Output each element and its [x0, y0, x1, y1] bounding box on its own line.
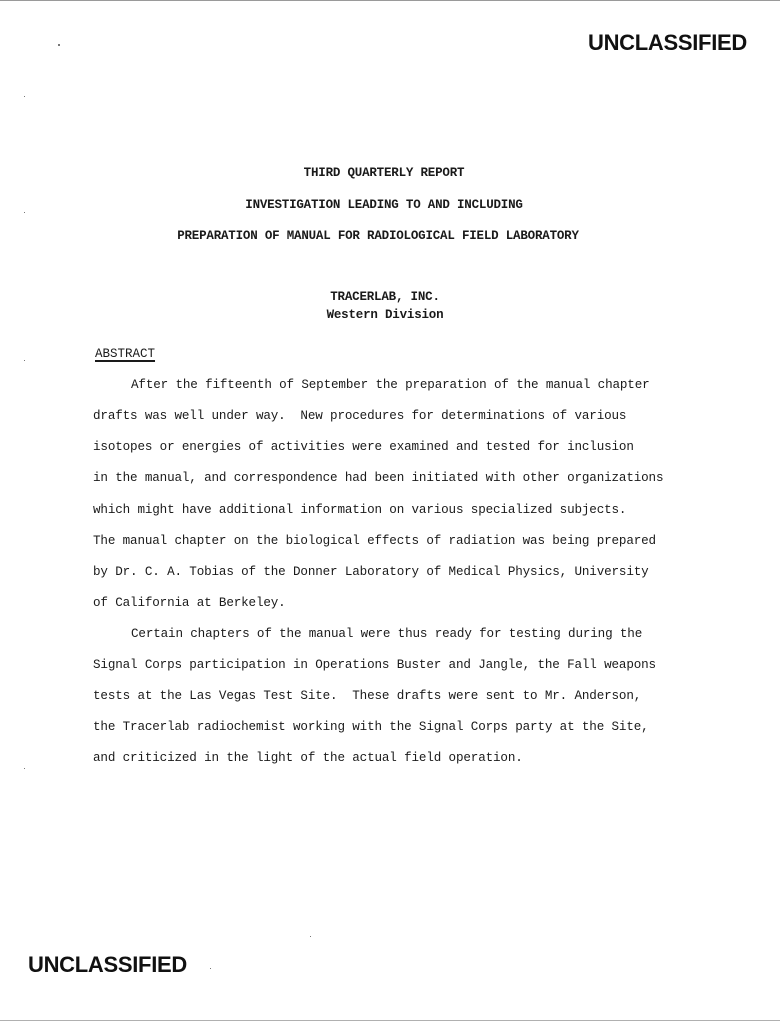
abstract-line: of California at Berkeley.: [93, 596, 286, 610]
scan-speck: [310, 936, 311, 937]
abstract-heading: ABSTRACT: [95, 347, 155, 361]
abstract-line: The manual chapter on the biological eff…: [93, 534, 656, 548]
division-name: Western Division: [0, 308, 775, 322]
classification-stamp-bottom: UNCLASSIFIED: [28, 952, 187, 978]
classification-stamp-top: UNCLASSIFIED: [588, 30, 747, 56]
scan-speck: [24, 96, 25, 97]
scan-speck: [24, 212, 25, 213]
abstract-line: tests at the Las Vegas Test Site. These …: [93, 689, 641, 703]
organization-name: TRACERLAB, INC.: [0, 290, 775, 304]
scan-edge-top: [0, 0, 780, 1]
scan-speck: [210, 968, 211, 969]
abstract-line: After the fifteenth of September the pre…: [131, 378, 650, 392]
abstract-line: the Tracerlab radiochemist working with …: [93, 720, 649, 734]
abstract-line: in the manual, and correspondence had be…: [93, 471, 663, 485]
abstract-line: by Dr. C. A. Tobias of the Donner Labora…: [93, 565, 649, 579]
scan-edge-bottom: [0, 1020, 780, 1021]
scan-speck: [58, 44, 60, 46]
report-subtitle-1: INVESTIGATION LEADING TO AND INCLUDING: [0, 198, 774, 212]
abstract-line: isotopes or energies of activities were …: [93, 440, 634, 454]
organization-name-text: TRACERLAB, INC.: [330, 290, 440, 304]
abstract-line: Signal Corps participation in Operations…: [93, 658, 656, 672]
abstract-line: and criticized in the light of the actua…: [93, 751, 523, 765]
scan-speck: [24, 360, 25, 361]
report-subtitle-2: PREPARATION OF MANUAL FOR RADIOLOGICAL F…: [0, 229, 768, 243]
report-title: THIRD QUARTERLY REPORT: [0, 166, 774, 180]
abstract-line: Certain chapters of the manual were thus…: [131, 627, 642, 641]
scan-speck: [24, 768, 25, 769]
abstract-line: which might have additional information …: [93, 503, 626, 517]
abstract-line: drafts was well under way. New procedure…: [93, 409, 626, 423]
